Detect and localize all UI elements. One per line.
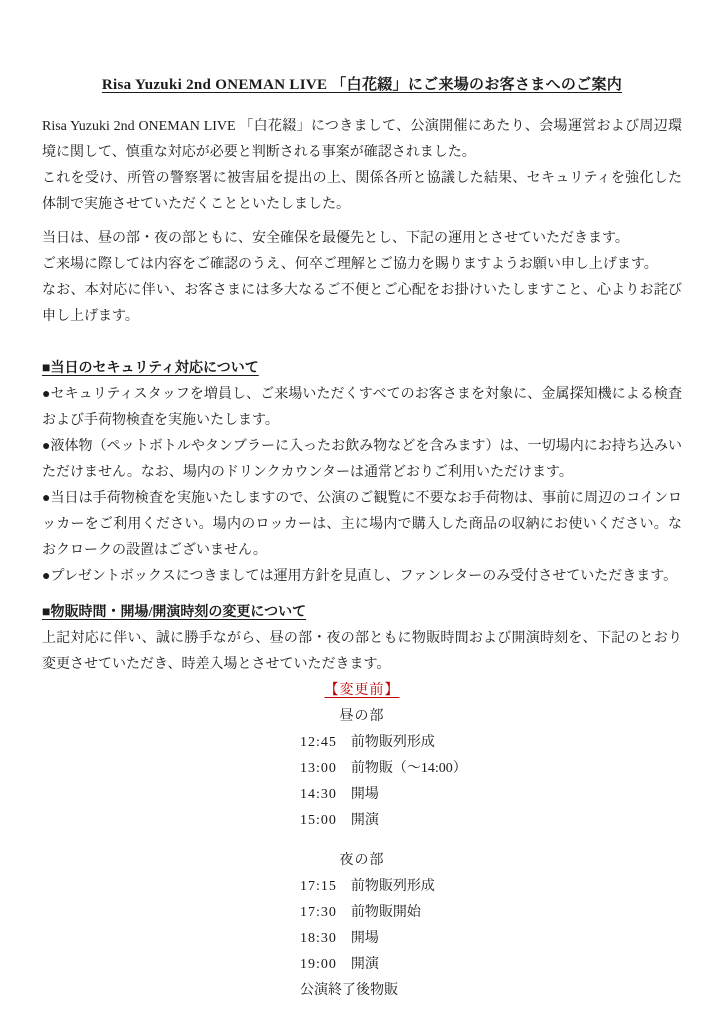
security-bullet: ●液体物（ペットボトルやタンブラーに入ったお飲み物などを含みます）は、一切場内に… [42,434,682,486]
schedule-label: 前物販開始 [351,900,421,926]
intro-paragraph: これを受け、所管の警察署に被害届を提出の上、関係各所と協議した結果、セキュリティ… [42,166,682,218]
schedule-label: 開演 [351,808,379,834]
schedule-label: 開演 [351,952,379,978]
schedule-row: 15:00 開演 [300,808,682,834]
sales-change-intro: 上記対応に伴い、誠に勝手ながら、昼の部・夜の部ともに物販時間および開演時刻を、下… [42,626,682,678]
schedule-label: 開場 [351,926,379,952]
notice-paragraph: 当日は、昼の部・夜の部ともに、安全確保を最優先とし、下記の運用とさせていただきま… [42,226,682,252]
schedule-label: 開場 [351,782,379,808]
schedule-time: 18:30 [300,926,337,952]
night-part-title: 夜の部 [42,848,682,874]
schedule-time: 12:45 [300,730,337,756]
document-title: Risa Yuzuki 2nd ONEMAN LIVE 「白花綴」にご来場のお客… [42,72,682,98]
schedule-label: 前物販列形成 [351,874,435,900]
schedule-row: 13:00 前物販（～14:00） [300,756,682,782]
spacer [42,330,682,356]
before-change-label: 【変更前】 [42,678,682,704]
schedule-time: 13:00 [300,756,337,782]
schedule-row: 17:15 前物販列形成 [300,874,682,900]
security-bullet: ●当日は手荷物検査を実施いたしますので、公演のご観覧に不要なお手荷物は、事前に周… [42,486,682,564]
intro-paragraph: Risa Yuzuki 2nd ONEMAN LIVE 「白花綴」につきまして、… [42,114,682,166]
document-page: Risa Yuzuki 2nd ONEMAN LIVE 「白花綴」にご来場のお客… [0,0,724,1024]
schedule-label: 前物販列形成 [351,730,435,756]
schedule-time: 15:00 [300,808,337,834]
schedule-row: 18:30 開場 [300,926,682,952]
schedule-row: 14:30 開場 [300,782,682,808]
schedule-time: 19:00 [300,952,337,978]
schedule-row: 19:00 開演 [300,952,682,978]
schedule-row: 12:45 前物販列形成 [300,730,682,756]
spacer [42,834,682,848]
schedule-label: 公演終了後物販 [300,978,398,1004]
night-schedule: 17:15 前物販列形成 17:30 前物販開始 18:30 開場 19:00 … [300,874,682,1004]
sales-change-section-heading: ■物販時間・開場/開演時刻の変更について [42,600,682,626]
day-schedule: 12:45 前物販列形成 13:00 前物販（～14:00） 14:30 開場 … [300,730,682,834]
notice-paragraph: なお、本対応に伴い、お客さまには多大なるご不便とご心配をお掛けいたしますこと、心… [42,278,682,330]
schedule-label: 前物販（～14:00） [351,756,467,782]
security-section-heading: ■当日のセキュリティ対応について [42,356,682,382]
schedule-row: 17:30 前物販開始 [300,900,682,926]
schedule-row: 公演終了後物販 [300,978,682,1004]
schedule-time: 17:15 [300,874,337,900]
day-part-title: 昼の部 [42,704,682,730]
spacer [42,590,682,600]
security-bullet: ●セキュリティスタッフを増員し、ご来場いただくすべてのお客さまを対象に、金属探知… [42,382,682,434]
security-bullet: ●プレゼントボックスにつきましては運用方針を見直し、ファンレターのみ受付させてい… [42,564,682,590]
schedule-time: 17:30 [300,900,337,926]
notice-paragraph: ご来場に際しては内容をご確認のうえ、何卒ご理解とご協力を賜りますようお願い申し上… [42,252,682,278]
spacer [42,218,682,226]
schedule-time: 14:30 [300,782,337,808]
